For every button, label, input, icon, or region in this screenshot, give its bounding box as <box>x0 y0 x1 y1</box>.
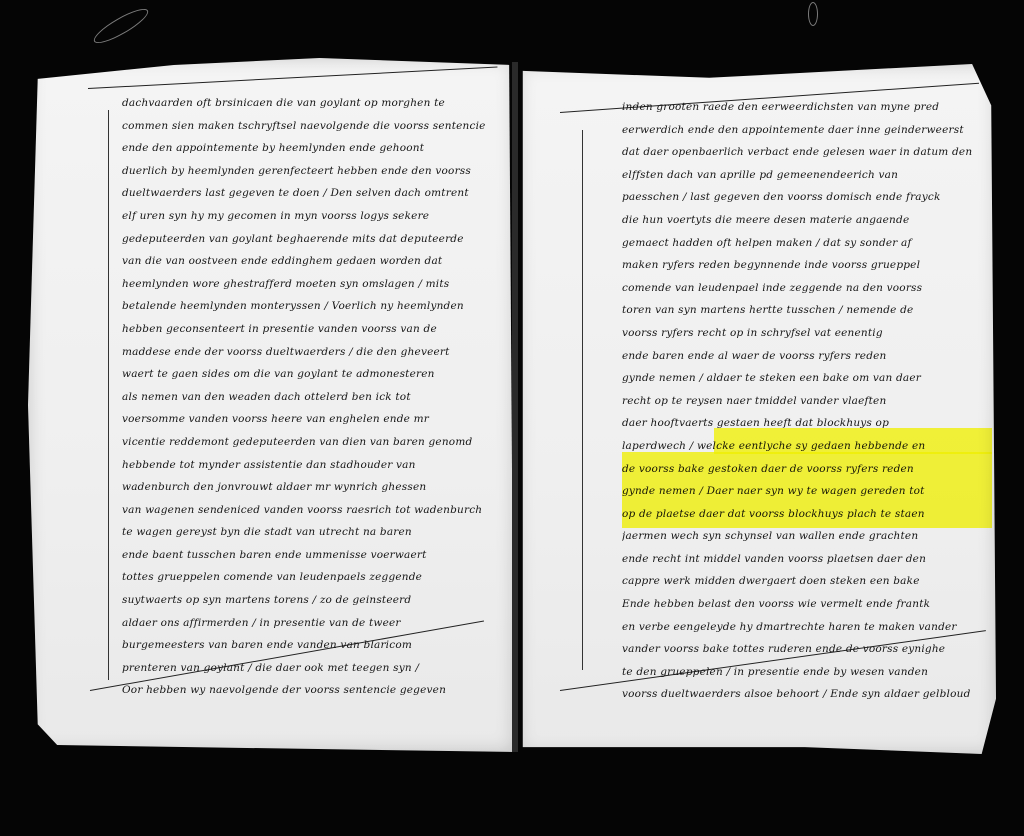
text-line: burgemeesters van baren ende vanden van … <box>122 634 502 657</box>
text-line: ende den appointemente by heemlynden end… <box>122 137 502 160</box>
text-line: inden grooten raede den eerweerdichsten … <box>622 96 994 119</box>
text-line: te wagen gereyst byn die stadt van utrec… <box>122 521 502 544</box>
book-gutter <box>512 62 518 752</box>
text-line: waert te gaen sides om die van goylant t… <box>122 363 502 386</box>
text-highlight <box>714 428 992 454</box>
text-line: voorss ryfers recht op in schryfsel vat … <box>622 322 994 345</box>
margin-rule <box>108 110 109 680</box>
text-line: toren van syn martens hertte tusschen / … <box>622 299 994 322</box>
text-line: hebbende tot mynder assistentie dan stad… <box>122 454 502 477</box>
text-line: Oor hebben wy naevolgende der voorss sen… <box>122 679 502 702</box>
text-line: hebben geconsenteert in presentie vanden… <box>122 318 502 341</box>
text-line: commen sien maken tschryftsel naevolgend… <box>122 115 502 138</box>
text-highlight <box>622 452 992 528</box>
text-line: eerwerdich ende den appointemente daer i… <box>622 119 994 142</box>
text-line: gynde nemen / aldaer te steken een bake … <box>622 367 994 390</box>
text-line: prenteren van goylant / die daer ook met… <box>122 657 502 680</box>
text-line: ende recht int middel vanden voorss plae… <box>622 548 994 571</box>
margin-rule <box>582 130 583 670</box>
text-line: te den grueppelen / in presentie ende by… <box>622 661 994 684</box>
text-line: suytwaerts op syn martens torens / zo de… <box>122 589 502 612</box>
fiber-artifact <box>808 2 818 26</box>
text-line: paesschen / last gegeven den voorss domi… <box>622 186 994 209</box>
text-line: aldaer ons affirmerden / in presentie va… <box>122 612 502 635</box>
text-line: betalende heemlynden monteryssen / Voerl… <box>122 295 502 318</box>
text-line: dachvaarden oft brsinicaen die van goyla… <box>122 92 502 115</box>
text-line: ende baren ende al waer de voorss ryfers… <box>622 345 994 368</box>
text-line: heemlynden wore ghestrafferd moeten syn … <box>122 273 502 296</box>
left-page-text: dachvaarden oft brsinicaen die van goyla… <box>122 92 502 702</box>
text-line: maken ryfers reden begynnende inde voors… <box>622 254 994 277</box>
text-line: cappre werk midden dwergaert doen steken… <box>622 570 994 593</box>
text-line: die hun voertyts die meere desen materie… <box>622 209 994 232</box>
text-line: vander voorss bake tottes ruderen ende d… <box>622 638 994 661</box>
text-line: Ende hebben belast den voorss wie vermel… <box>622 593 994 616</box>
text-line: recht op te reysen naer tmiddel vander v… <box>622 390 994 413</box>
text-line: voersomme vanden voorss heere van enghel… <box>122 408 502 431</box>
text-line: jaermen wech syn schynsel van wallen end… <box>622 525 994 548</box>
text-line: tottes grueppelen comende van leudenpael… <box>122 566 502 589</box>
text-line: van die van oostveen ende eddinghem geda… <box>122 250 502 273</box>
text-line: gemaect hadden oft helpen maken / dat sy… <box>622 232 994 255</box>
text-line: ende baent tusschen baren ende ummenisse… <box>122 544 502 567</box>
text-line: duerlich by heemlynden gerenfecteert heb… <box>122 160 502 183</box>
text-line: voorss dueltwaerders alsoe behoort / End… <box>622 683 994 706</box>
text-line: wadenburch den jonvrouwt aldaer mr wynri… <box>122 476 502 499</box>
text-line: comende van leudenpael inde zeggende na … <box>622 277 994 300</box>
text-line: en verbe eengeleyde hy dmartrechte haren… <box>622 616 994 639</box>
right-page-text: inden grooten raede den eerweerdichsten … <box>622 96 994 706</box>
text-line: elffsten dach van aprille pd gemeenendee… <box>622 164 994 187</box>
manuscript-scan: dachvaarden oft brsinicaen die van goyla… <box>0 0 1024 836</box>
text-line: van wagenen sendeniced vanden voorss rae… <box>122 499 502 522</box>
text-line: als nemen van den weaden dach ottelerd b… <box>122 386 502 409</box>
fiber-artifact <box>90 4 152 49</box>
text-line: elf uren syn hy my gecomen in myn voorss… <box>122 205 502 228</box>
text-line: gedeputeerden van goylant beghaerende mi… <box>122 228 502 251</box>
text-line: vicentie reddemont gedeputeerden van die… <box>122 431 502 454</box>
text-line: dat daer openbaerlich verbact ende geles… <box>622 141 994 164</box>
text-line: dueltwaerders last gegeven te doen / Den… <box>122 182 502 205</box>
text-line: maddese ende der voorss dueltwaerders / … <box>122 341 502 364</box>
